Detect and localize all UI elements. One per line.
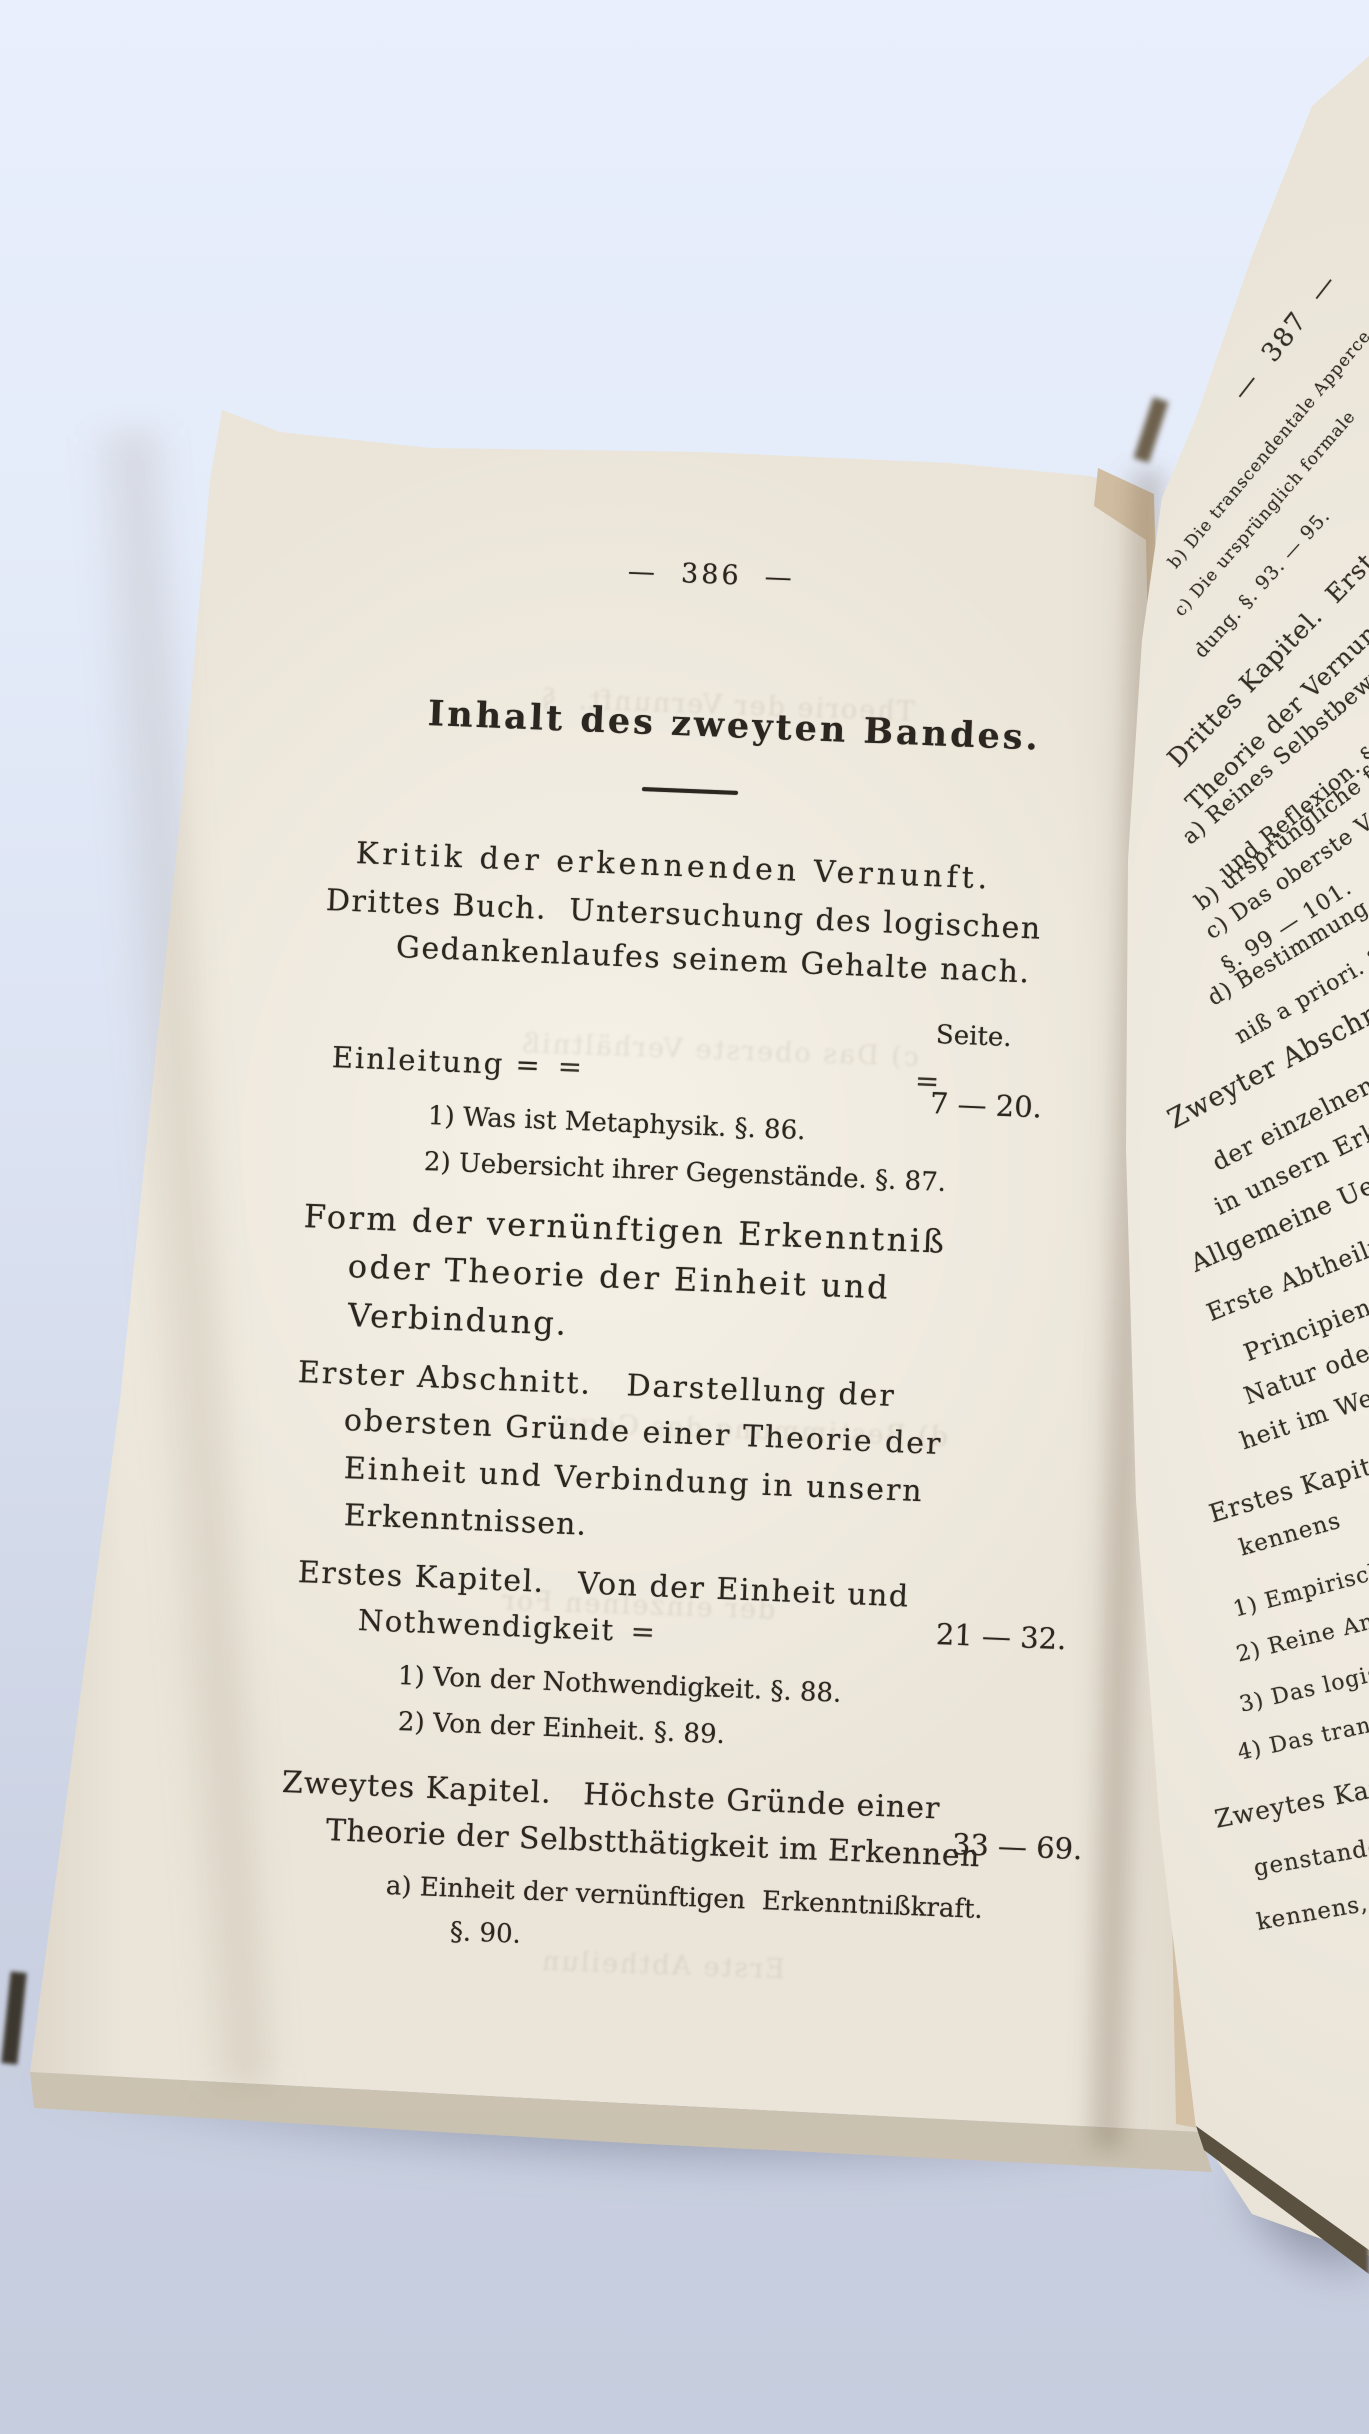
right-toc-line: der einzelnen For [1208, 1046, 1369, 1176]
toc-subitem: §. 90. [449, 1917, 521, 1950]
toc-section-form: Form der vernünftigen Erkenntniß [303, 1197, 947, 1261]
right-toc-line: §. 99 — 101. [1217, 875, 1356, 978]
toc-subitem: a) Einheit der vernünftigen Erkenntnißkr… [385, 1871, 983, 1925]
toc-section-form: oder Theorie der Einheit und [347, 1247, 891, 1307]
toc-abschnitt-line: obersten Gründe einer Theorie der [343, 1403, 943, 1462]
toc-subitem: 1) Von der Nothwendigkeit. §. 88. [397, 1661, 841, 1709]
right-toc-line: c) Das oberste Verhältniß [1201, 747, 1369, 945]
left-page-number: — 386 — [627, 556, 795, 594]
right-toc-line: 1) Empirische A [1231, 1548, 1369, 1622]
intro-line: Gedankenlaufes seinem Gehalte nach. [395, 930, 1031, 990]
book-drop-shadow [12, 2055, 1225, 2206]
right-toc-line: Principien [1240, 1293, 1369, 1367]
gutter-fore-edge [0, 0, 1369, 2434]
toc-kapitel1-label: Nothwendigkeit [357, 1603, 615, 1647]
cover-edge-sliver [1, 1971, 27, 2064]
right-toc-line: b) ursprüngliche formale [1190, 713, 1369, 915]
toc-abschnitt-line: Einheit und Verbindung in unsern [343, 1451, 924, 1509]
toc-subitem: 2) Von der Einheit. §. 89. [397, 1707, 725, 1750]
toc-subitem: 1) Was ist Metaphysik. §. 86. [427, 1101, 806, 1146]
right-toc-line: c) Die ursprünglich formale [1170, 407, 1360, 621]
toc-subitem: 2) Uebersicht ihrer Gegenstände. §. 87. [423, 1147, 946, 1198]
right-toc-line: Erste Abtheilun [1203, 1224, 1369, 1327]
toc-entry-einleitung: Einleitung = [331, 1040, 542, 1082]
show-through-text: Erste Abtheilun [540, 1946, 786, 1986]
toc-leader-dashes: = = = = = [541, 1048, 944, 1098]
right-toc-line: in unsern Erken [1210, 1103, 1369, 1221]
right-toc-line: heit im We [1236, 1383, 1369, 1455]
toc-kapitel1-line: Erstes Kapitel. Von der Einheit und [297, 1555, 910, 1615]
toc-abschnitt-line: Erkenntnissen. [343, 1498, 587, 1543]
right-leaf-page: — 387 — b) Die transcendentale Apperce c… [0, 0, 1369, 2434]
right-toc-line: b) Die transcendentale Apperce [1164, 326, 1369, 572]
right-toc-line: Allgemeine Uebers [1186, 1146, 1369, 1278]
right-toc-line: 3) Das logische [1237, 1652, 1369, 1718]
toc-kapitel2-line: Zweytes Kapitel. Höchste Gründe einer [281, 1765, 941, 1826]
left-page: Theorie der Vernunft. § c) Das oberste V… [0, 0, 1369, 2434]
intro-line: Kritik der erkennenden Vernunft. [355, 836, 992, 896]
right-toc-line: Theorie der Vernunft. § [1180, 578, 1369, 817]
left-edge-shading [82, 429, 288, 2091]
right-toc-line: Erstes Kapitel [1206, 1444, 1369, 1528]
toc-leader-dashes: = = = = [614, 1613, 944, 1660]
toc-kapitel2-line: Theorie der Selbstthätigkeit im Erkennen [325, 1813, 980, 1874]
toc-pages-kapitel1: 21 — 32. [935, 1617, 1067, 1656]
right-toc-line: 2) Reine Anscha [1234, 1596, 1369, 1668]
toc-pages-einleitung: 7 — 20. [929, 1086, 1042, 1124]
right-toc-line: niß a priori. §. 10 [1231, 922, 1369, 1049]
left-page-title: Inhalt des zweyten Bandes. [427, 693, 1041, 759]
book-photo: Theorie der Vernunft. § c) Das oberste V… [0, 0, 1369, 2434]
right-toc-line: kennens = [1236, 1488, 1369, 1561]
leaf-bottom-dark-edge [0, 0, 1369, 2434]
right-toc-line: Natur oder [1240, 1334, 1369, 1410]
right-toc-line: Zweytes Kapi [1212, 1770, 1369, 1833]
leaf-drop-shadow [1189, 2113, 1369, 2326]
right-toc-line: 4) Das transce [1235, 1705, 1369, 1766]
right-toc-line: Drittes Kapitel. Erste E [1162, 516, 1369, 773]
right-toc-line: dung. §. 93. — 95. [1190, 505, 1335, 662]
toc-abschnitt-line: Erster Abschnitt. Darstellung der [297, 1355, 896, 1414]
title-divider-rule [642, 787, 738, 795]
intro-line: Drittes Buch. Untersuchung des logischen [325, 883, 1042, 947]
right-toc-line: Zweyter Abschnitt [1163, 981, 1369, 1135]
right-toc-line: und Reflexion. §. 97. [1214, 708, 1369, 884]
right-page-number: — 387 — [1226, 267, 1344, 406]
toc-pages-kapitel2: 33 — 69. [951, 1827, 1083, 1866]
right-toc-line: genstandes d [1252, 1827, 1369, 1882]
show-through-text: der einzelnen For [500, 1585, 776, 1626]
show-through-text: c) Das oberste Verhältniß [520, 1028, 920, 1073]
toc-section-form: Verbindung. [347, 1296, 568, 1343]
seite-column-label: Seite. [935, 1020, 1012, 1053]
page-block-fore-edge [0, 0, 1369, 2434]
right-toc-line: d) Bestimmung des Gege [1204, 834, 1369, 1011]
gutter-shadow [1079, 470, 1172, 2151]
leaf-top-gap-shadow [1134, 397, 1169, 463]
show-through-text: d) Bestimmung des Gege [560, 1408, 949, 1453]
right-toc-line: kennens, §. [1255, 1884, 1369, 1936]
show-through-text: Theorie der Vernunft. § [540, 683, 916, 727]
right-toc-line: a) Reines Selbstbewußtseyn [1178, 608, 1369, 850]
